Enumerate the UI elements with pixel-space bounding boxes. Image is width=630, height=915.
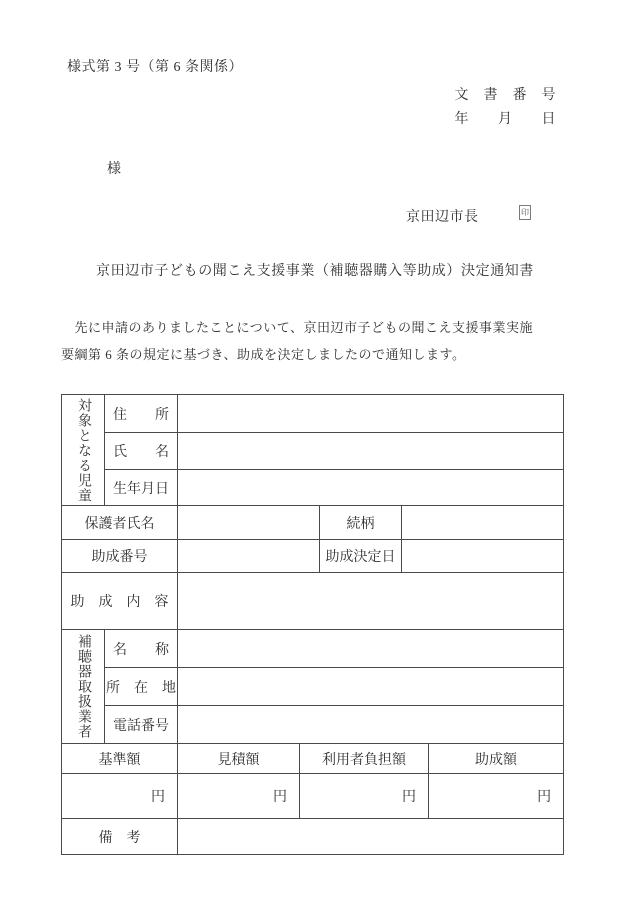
date-line: 年 月 日 bbox=[455, 108, 557, 128]
document-number-line: 文 書 番 号 bbox=[455, 84, 557, 104]
table-row: 生年月日 bbox=[62, 470, 564, 506]
dealer-phone-label: 電話番号 bbox=[105, 706, 178, 744]
child-birthdate-label: 生年月日 bbox=[105, 470, 178, 506]
dealer-group-label: 補聴器取扱業者 bbox=[62, 630, 105, 744]
form-number: 様式第 3 号（第 6 条関係） bbox=[67, 56, 243, 76]
body-line-2: 要綱第 6 条の規定に基づき、助成を決定しましたので通知します。 bbox=[61, 347, 465, 362]
grant-amount-value-cell: 円 bbox=[429, 774, 564, 819]
grant-details-label: 助 成 内 容 bbox=[62, 573, 178, 630]
table-row: 補聴器取扱業者 名 称 bbox=[62, 630, 564, 668]
table-row: 円 円 円 円 bbox=[62, 774, 564, 819]
child-address-label: 住 所 bbox=[105, 395, 178, 433]
standard-amount-label: 基準額 bbox=[62, 744, 178, 774]
table-row: 対象となる児童 住 所 bbox=[62, 395, 564, 433]
grant-number-label: 助成番号 bbox=[62, 540, 178, 573]
guardian-name-value-cell bbox=[178, 506, 320, 540]
user-burden-value-cell: 円 bbox=[300, 774, 429, 819]
seal-icon: 印 bbox=[519, 205, 531, 220]
child-name-label: 氏 名 bbox=[105, 433, 178, 470]
user-burden-label: 利用者負担額 bbox=[300, 744, 429, 774]
grant-decision-date-label: 助成決定日 bbox=[320, 540, 402, 573]
grant-decision-table: 対象となる児童 住 所 氏 名 生年月日 保護者氏名 続柄 助成番号 bbox=[61, 394, 564, 855]
standard-amount-value-cell: 円 bbox=[62, 774, 178, 819]
body-paragraph: 先に申請のありましたことについて、京田辺市子どもの聞こえ支援事業実施要綱第 6 … bbox=[61, 314, 561, 368]
table-row: 保護者氏名 続柄 bbox=[62, 506, 564, 540]
document-title: 京田辺市子どもの聞こえ支援事業（補聴器購入等助成）決定通知書 bbox=[0, 260, 630, 280]
dealer-address-value-cell bbox=[178, 668, 564, 706]
dealer-phone-value-cell bbox=[178, 706, 564, 744]
guardian-name-label: 保護者氏名 bbox=[62, 506, 178, 540]
table-row: 備 考 bbox=[62, 819, 564, 855]
relationship-value-cell bbox=[402, 506, 564, 540]
estimate-amount-label: 見積額 bbox=[178, 744, 300, 774]
child-group-label: 対象となる児童 bbox=[62, 395, 105, 506]
grant-number-value-cell bbox=[178, 540, 320, 573]
table-row: 基準額 見積額 利用者負担額 助成額 bbox=[62, 744, 564, 774]
table-row: 電話番号 bbox=[62, 706, 564, 744]
sender-mayor: 京田辺市長 bbox=[406, 206, 479, 226]
table-row: 助 成 内 容 bbox=[62, 573, 564, 630]
document-page: 様式第 3 号（第 6 条関係） 文 書 番 号 年 月 日 様 京田辺市長 印… bbox=[0, 0, 630, 915]
dealer-address-label: 所 在 地 bbox=[105, 668, 178, 706]
child-birthdate-value-cell bbox=[178, 470, 564, 506]
body-line-1: 先に申請のありましたことについて、京田辺市子どもの聞こえ支援事業実施 bbox=[61, 320, 533, 335]
dealer-name-value-cell bbox=[178, 630, 564, 668]
table-row: 所 在 地 bbox=[62, 668, 564, 706]
dealer-name-label: 名 称 bbox=[105, 630, 178, 668]
addressee-suffix: 様 bbox=[107, 158, 122, 178]
grant-details-value-cell bbox=[178, 573, 564, 630]
relationship-label: 続柄 bbox=[320, 506, 402, 540]
estimate-amount-value-cell: 円 bbox=[178, 774, 300, 819]
remarks-value-cell bbox=[178, 819, 564, 855]
table-row: 助成番号 助成決定日 bbox=[62, 540, 564, 573]
child-name-value-cell bbox=[178, 433, 564, 470]
table-row: 氏 名 bbox=[62, 433, 564, 470]
grant-decision-date-value-cell bbox=[402, 540, 564, 573]
grant-amount-label: 助成額 bbox=[429, 744, 564, 774]
remarks-label: 備 考 bbox=[62, 819, 178, 855]
child-address-value-cell bbox=[178, 395, 564, 433]
